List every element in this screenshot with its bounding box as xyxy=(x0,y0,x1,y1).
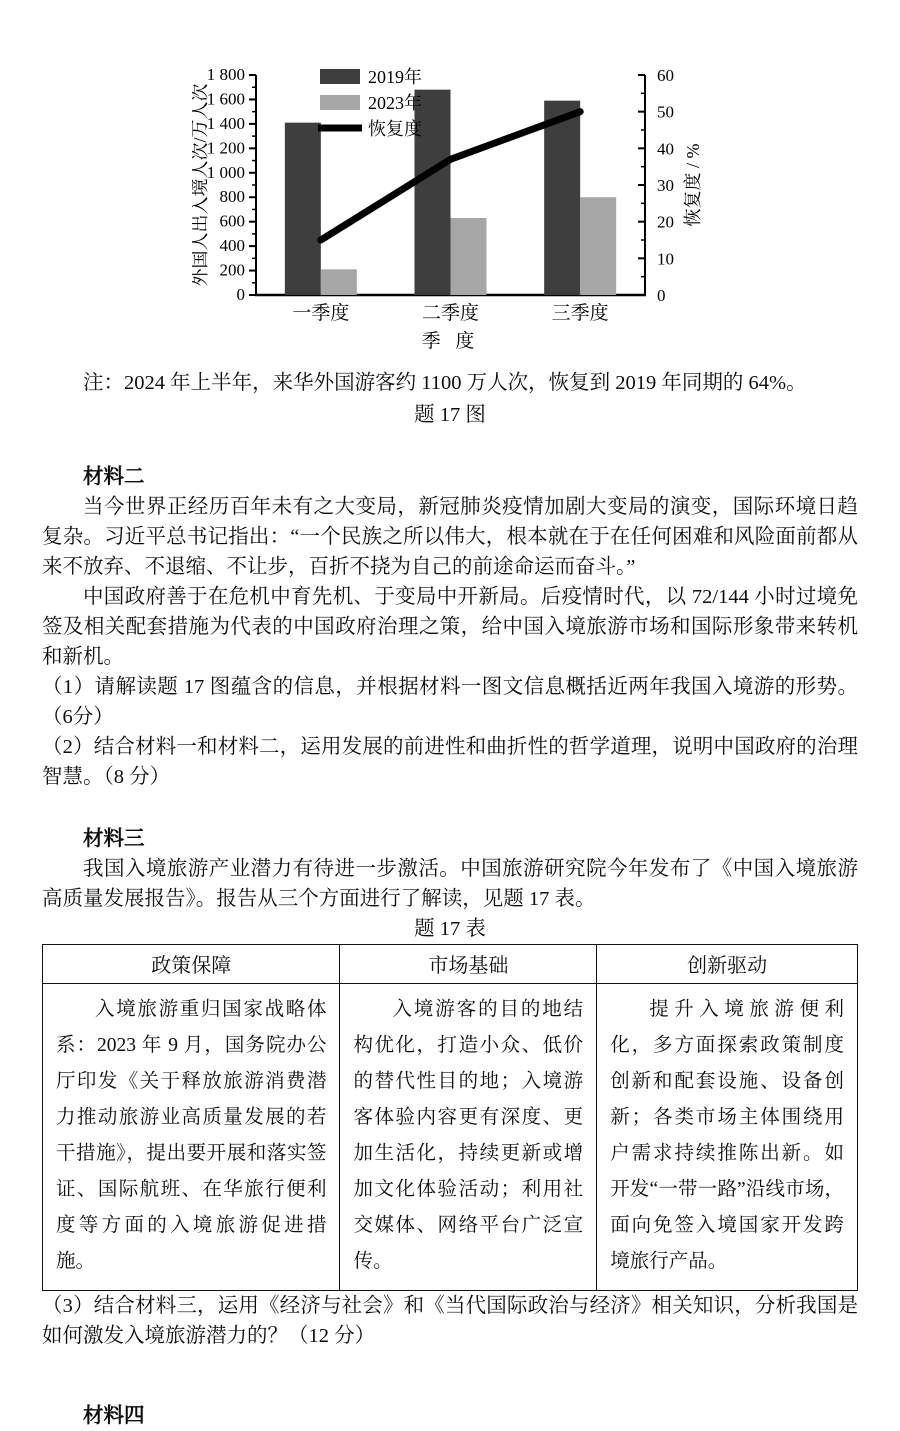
svg-text:50: 50 xyxy=(657,103,674,122)
quarterly-visitors-chart: 02004006008001 0001 2001 4001 6001 80001… xyxy=(192,50,732,362)
svg-text:2019年: 2019年 xyxy=(368,66,422,87)
question-3: （3）结合材料三，运用《经济与社会》和《当代国际政治与经济》相关知识，分析我国是… xyxy=(42,1291,858,1351)
svg-text:200: 200 xyxy=(220,261,246,280)
svg-text:1 200: 1 200 xyxy=(207,138,245,157)
table-header-market: 市场基础 xyxy=(340,945,597,984)
table-header-row: 政策保障 市场基础 创新驱动 xyxy=(43,945,858,984)
svg-text:0: 0 xyxy=(657,286,666,305)
quarterly-chart-svg: 02004006008001 0001 2001 4001 6001 80001… xyxy=(192,50,732,362)
svg-text:800: 800 xyxy=(220,187,246,206)
svg-text:1 600: 1 600 xyxy=(207,89,245,108)
material3-paragraph-1: 我国入境旅游产业潜力有待进一步激活。中国旅游研究院今年发布了《中国入境旅游高质量… xyxy=(42,854,858,914)
svg-text:600: 600 xyxy=(220,212,246,231)
svg-text:10: 10 xyxy=(657,249,674,268)
svg-text:三季度: 三季度 xyxy=(552,302,609,324)
figure-caption: 题 17 图 xyxy=(42,400,858,430)
table-cell-innovation: 提升入境旅游便利化，多方面探索政策制度创新和配套设施、设备创新；各类市场主体围绕… xyxy=(597,984,858,1291)
table-header-innovation: 创新驱动 xyxy=(597,945,858,984)
table-cell-innovation-text: 提升入境旅游便利化，多方面探索政策制度创新和配套设施、设备创新；各类市场主体围绕… xyxy=(610,992,844,1280)
material2-paragraph-1: 当今世界正经历百年未有之大变局，新冠肺炎疫情加剧大变局的演变，国际环境日趋复杂。… xyxy=(42,492,858,582)
figure-note: 注：2024 年上半年，来华外国游客约 1100 万人次，恢复到 2019 年同… xyxy=(42,368,858,398)
table-cell-market-text: 入境游客的目的地结构优化，打造小众、低价的替代性目的地；入境游客体验内容更有深度… xyxy=(353,992,583,1280)
svg-text:2023年: 2023年 xyxy=(368,92,422,113)
material3-heading: 材料三 xyxy=(42,824,858,854)
svg-text:二季度: 二季度 xyxy=(422,302,479,324)
svg-text:外国人出入境人次/万人次: 外国人出入境人次/万人次 xyxy=(192,84,210,287)
svg-text:恢复度 / %: 恢复度 / % xyxy=(683,143,703,226)
table-cell-policy-text: 入境旅游重归国家战略体系：2023 年 9 月，国务院办公厅印发《关于释放旅游消… xyxy=(56,992,326,1280)
table-cell-policy: 入境旅游重归国家战略体系：2023 年 9 月，国务院办公厅印发《关于释放旅游消… xyxy=(43,984,340,1291)
report-table: 政策保障 市场基础 创新驱动 入境旅游重归国家战略体系：2023 年 9 月，国… xyxy=(42,944,858,1291)
svg-text:40: 40 xyxy=(657,139,674,158)
table-cell-market: 入境游客的目的地结构优化，打造小众、低价的替代性目的地；入境游客体验内容更有深度… xyxy=(340,984,597,1291)
table-caption: 题 17 表 xyxy=(42,914,858,944)
svg-text:恢复度: 恢复度 xyxy=(368,119,422,139)
page-content: 02004006008001 0001 2001 4001 6001 80001… xyxy=(0,50,900,1431)
svg-text:0: 0 xyxy=(237,285,246,304)
svg-text:1 800: 1 800 xyxy=(207,65,245,84)
material4-heading: 材料四 xyxy=(42,1401,858,1431)
svg-text:1 400: 1 400 xyxy=(207,114,245,133)
material2-heading: 材料二 xyxy=(42,462,858,492)
table-body-row: 入境旅游重归国家战略体系：2023 年 9 月，国务院办公厅印发《关于释放旅游消… xyxy=(43,984,858,1291)
question-1: （1）请解读题 17 图蕴含的信息，并根据材料一图文信息概括近两年我国入境游的形… xyxy=(42,672,858,732)
question-2: （2）结合材料一和材料二，运用发展的前进性和曲折性的哲学道理，说明中国政府的治理… xyxy=(42,732,858,792)
svg-text:20: 20 xyxy=(657,213,674,232)
svg-text:400: 400 xyxy=(220,236,246,255)
material2-paragraph-2: 中国政府善于在危机中育先机、于变局中开新局。后疫情时代，以 72/144 小时过… xyxy=(42,582,858,672)
svg-text:一季度: 一季度 xyxy=(292,302,349,324)
exam-page: 02004006008001 0001 2001 4001 6001 80001… xyxy=(0,0,900,1431)
svg-text:季 度: 季 度 xyxy=(422,330,480,352)
svg-text:1 000: 1 000 xyxy=(207,163,245,182)
svg-text:30: 30 xyxy=(657,176,674,195)
table-header-policy: 政策保障 xyxy=(43,945,340,984)
svg-text:60: 60 xyxy=(657,66,674,85)
